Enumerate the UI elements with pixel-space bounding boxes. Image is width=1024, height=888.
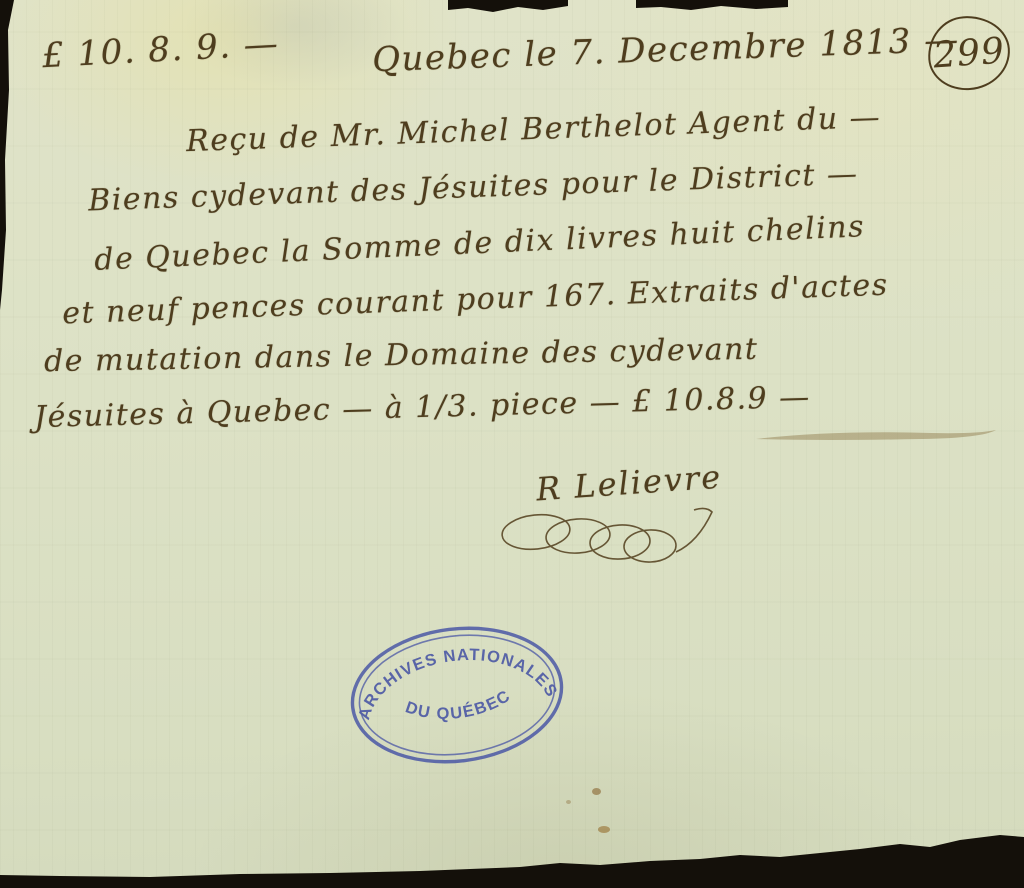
scanned-document: £ 10. 8. 9. — Quebec le 7. Decembre 1813… — [0, 0, 1024, 888]
ink-swash-underline — [752, 428, 1002, 446]
stamp-text-bottom: DU QUÉBEC — [401, 686, 516, 729]
manuscript-line-3: de Quebec la Somme de dix livres huit ch… — [94, 209, 866, 278]
signature-name: R Lelievre — [535, 458, 723, 509]
manuscript-line-2: Biens cydevant des Jésuites pour le Dist… — [88, 157, 859, 219]
ink-stain — [598, 826, 610, 833]
receipt-paper: £ 10. 8. 9. — Quebec le 7. Decembre 1813… — [0, 0, 1024, 888]
amount-annotation: £ 10. 8. 9. — — [41, 24, 280, 76]
signature-flourish-icon — [498, 502, 718, 574]
manuscript-line-1: Reçu de Mr. Michel Berthelot Agent du — — [186, 100, 882, 159]
ink-stain — [566, 800, 571, 804]
manuscript-line-6: Jésuites à Quebec — à 1/3. piece — £ 10.… — [34, 380, 811, 435]
svg-text:DU QUÉBEC: DU QUÉBEC — [401, 686, 516, 729]
archives-stamp: ARCHIVES NATIONALES DU QUÉBEC — [336, 607, 579, 783]
manuscript-line-4: et neuf pences courant pour 167. Extrait… — [62, 268, 890, 332]
dateline: Quebec le 7. Decembre 1813 — — [371, 20, 960, 80]
folio-number: 299 — [932, 30, 1006, 76]
ink-stain — [592, 788, 601, 795]
manuscript-line-5: de mutation dans le Domaine des cydevant — [44, 332, 759, 379]
